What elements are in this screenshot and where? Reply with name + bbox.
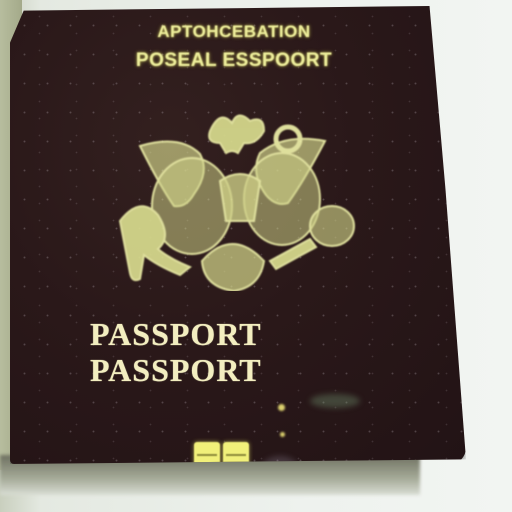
cover-title-line-1: PASSPORT [90, 316, 262, 353]
foil-fleck [278, 404, 285, 411]
wear-mark [310, 394, 360, 408]
coat-of-arms-emblem-icon [110, 101, 370, 291]
cover-header-line-2: POSEAL ESSPOORT [6, 50, 462, 72]
photo-scene: APTOHCEBATION POSEAL ESSPOORT [0, 0, 512, 512]
passport-cover: APTOHCEBATION POSEAL ESSPOORT [10, 6, 466, 464]
cover-header-line-1: APTOHCEBATION [6, 22, 462, 42]
cover-title-line-2: PASSPORT [90, 352, 262, 389]
foil-fleck [280, 432, 285, 437]
